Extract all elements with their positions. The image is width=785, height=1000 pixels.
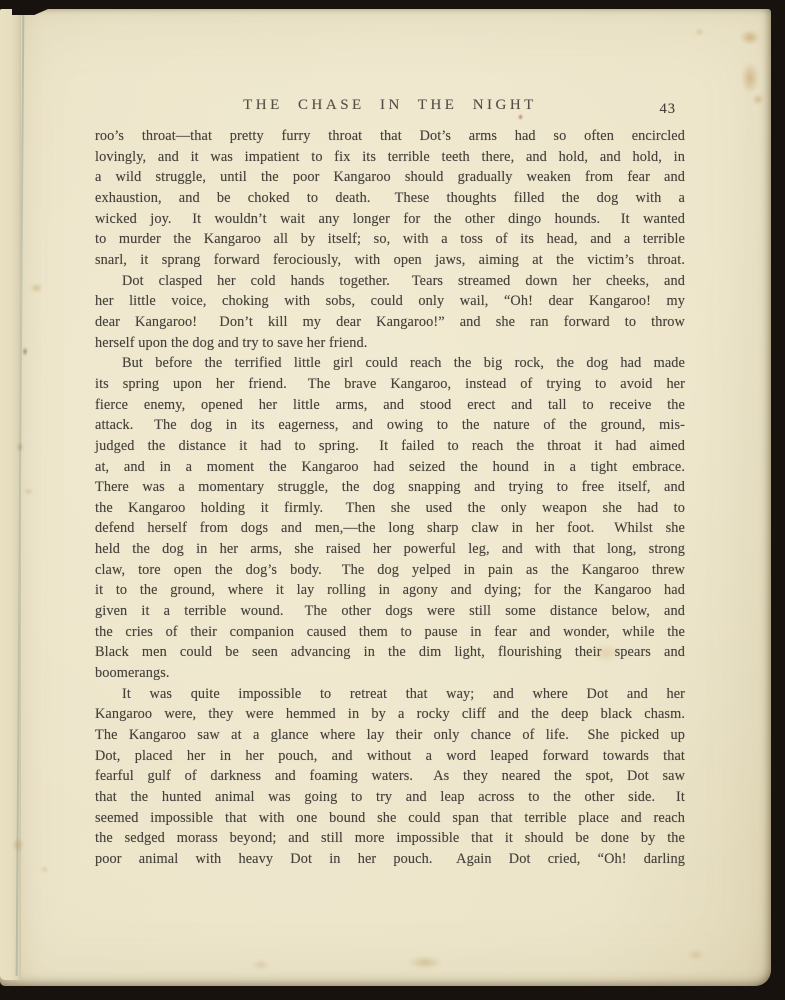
- text-line: dear Kangaroo! Don’t kill my dear Kangar…: [95, 312, 685, 333]
- text-line: It was quite impossible to retreat that …: [95, 684, 685, 705]
- text-line: The Kangaroo saw at a glance where lay t…: [95, 725, 685, 746]
- paragraph: But before the terrified little girl cou…: [95, 353, 685, 684]
- text-line: a wild struggle, until the poor Kangaroo…: [95, 167, 685, 188]
- text-line: Dot, placed her in her pouch, and withou…: [95, 746, 685, 767]
- text-line: at, and in a moment the Kangaroo had sei…: [95, 457, 685, 478]
- text-line: fierce enemy, opened her little arms, an…: [95, 395, 685, 416]
- text-line: judged the distance it had to spring. It…: [95, 436, 685, 457]
- text-line: Black men could be seen advancing in the…: [95, 642, 685, 663]
- text-line: it to the ground, where it lay rolling i…: [95, 580, 685, 601]
- page-text: roo’s throat—that pretty furry throat th…: [95, 126, 685, 870]
- text-line: the Kangaroo holding it firmly. Then she…: [95, 498, 685, 519]
- running-header: THE CHASE IN THE NIGHT: [95, 97, 685, 114]
- text-line: herself upon the dog and try to save her…: [95, 333, 685, 354]
- text-line: wicked joy. It wouldn’t wait any longer …: [95, 209, 685, 230]
- text-line: seemed impossible that with one bound sh…: [95, 808, 685, 829]
- text-line: exhaustion, and be choked to death. Thes…: [95, 188, 685, 209]
- text-line: But before the terrified little girl cou…: [95, 353, 685, 374]
- book-page-scan: THE CHASE IN THE NIGHT 43 roo’s throat—t…: [0, 0, 785, 1000]
- paragraph: Dot clasped her cold hands together. Tea…: [95, 271, 685, 354]
- text-line: attack. The dog in its eagerness, and ow…: [95, 415, 685, 436]
- page-number: 43: [660, 101, 677, 118]
- text-line: held the dog in her arms, she raised her…: [95, 539, 685, 560]
- text-line: given it a terrible wound. The other dog…: [95, 601, 685, 622]
- text-line: the cries of their companion caused them…: [95, 622, 685, 643]
- paragraph: It was quite impossible to retreat that …: [95, 684, 685, 870]
- text-line: her little voice, choking with sobs, cou…: [95, 291, 685, 312]
- text-line: the sedged morass beyond; and still more…: [95, 828, 685, 849]
- text-line: Kangaroo were, they were hemmed in by a …: [95, 704, 685, 725]
- text-line: snarl, it sprang forward ferociously, wi…: [95, 250, 685, 271]
- text-line: Dot clasped her cold hands together. Tea…: [95, 271, 685, 292]
- text-line: that the hunted animal was going to try …: [95, 787, 685, 808]
- text-line: fearful gulf of darkness and foaming wat…: [95, 766, 685, 787]
- text-line: poor animal with heavy Dot in her pouch.…: [95, 849, 685, 870]
- paragraph: roo’s throat—that pretty furry throat th…: [95, 126, 685, 271]
- text-line: boomerangs.: [95, 663, 685, 684]
- text-line: claw, tore open the dog’s body. The dog …: [95, 560, 685, 581]
- text-line: roo’s throat—that pretty furry throat th…: [95, 126, 685, 147]
- text-line: lovingly, and it was impatient to fix it…: [95, 147, 685, 168]
- text-line: to murder the Kangaroo all by itself; so…: [95, 229, 685, 250]
- text-line: its spring upon her friend. The brave Ka…: [95, 374, 685, 395]
- text-line: There was a momentary struggle, the dog …: [95, 477, 685, 498]
- text-line: defend herself from dogs and men,—the lo…: [95, 518, 685, 539]
